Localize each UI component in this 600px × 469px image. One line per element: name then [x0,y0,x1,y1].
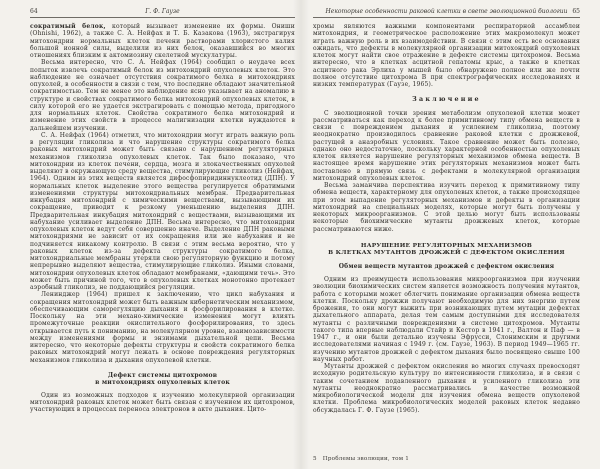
subsection-heading-metabolism: Обмен веществ мутантов дрожжей с дефекто… [313,263,580,270]
signature-book-title: Проблемы эволюции, том 1 [323,456,409,462]
running-head-left: 64 Г. Ф. Гаузе [30,8,295,18]
paragraph: С эволюционной точки зрения метаболизм о… [313,110,580,183]
paragraph: хромы являются важными компонентами респ… [313,23,580,88]
running-head-author: Г. Ф. Гаузе [30,8,295,16]
section-heading-line2: в митохондриях опухолевых клеток [30,379,295,387]
body-text-left: сократимый белок, который вызывает измен… [30,23,295,414]
conclusion-heading: Заключение [313,96,580,103]
body-text-right: хромы являются важными компонентами респ… [313,23,580,414]
paragraph: сократимый белок, который вызывает измен… [30,23,295,59]
book-spread: 64 Г. Ф. Гаузе сократимый белок, который… [0,0,600,469]
printers-signature-footer: 5Проблемы эволюции, том 1 [313,456,409,462]
section-heading-line2: В КЛЕТКАХ МУТАНТОВ ДРОЖЖЕЙ С ДЕФЕКТОМ ОК… [313,249,580,257]
paragraph: Весьма заманчива перспектива изучить пер… [313,182,580,233]
paragraph: С. А. Нейфах (1964) отметил, что митохон… [30,132,295,292]
page-right: Некоторые особенности раковой клетки в с… [300,0,600,469]
section-heading-cytochromes: Дефект системы цитохромов в митохондриях… [30,372,295,387]
paragraph: Один из возможных подходов к изучению мо… [30,392,295,414]
paragraph: Одним из преимуществ использования микро… [313,276,580,363]
paragraph: Ленинджер (1964) пришел к заключению, чт… [30,291,295,364]
section-heading-mutants: НАРУШЕНИЕ РЕГУЛЯТОРНЫХ МЕХАНИЗМОВ В КЛЕТ… [313,242,580,257]
page-left: 64 Г. Ф. Гаузе сократимый белок, который… [0,0,300,469]
paragraph: Весьма интересно, что С. А. Нейфах (1964… [30,59,295,132]
signature-number: 5 [313,456,317,462]
section-heading-line1: Дефект системы цитохромов [30,372,295,380]
running-head-right: Некоторые особенности раковой клетки в с… [313,8,580,18]
running-head-chapter-title: Некоторые особенности раковой клетки в с… [313,8,580,16]
page-number-left: 64 [30,8,38,16]
page-number-right: 65 [572,8,580,16]
paragraph-bold-lead: сократимый белок, [30,23,106,30]
paragraph: Мутанты дрожжей с дефектом окисления во … [313,363,580,414]
